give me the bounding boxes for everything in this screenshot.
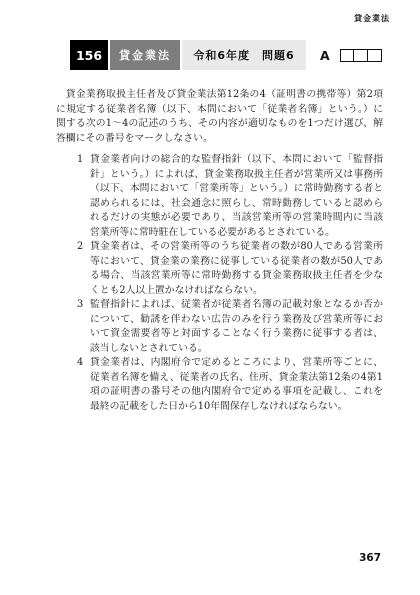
book-page: 貸金業法 156 貸金業法 令和6年度 問題6 A 貸金業務取扱主任者及び貸金業… (0, 0, 420, 595)
choice-number: 2 (77, 240, 90, 255)
choice-item-4: 4 貸金業者は、内閣府令で定めるところにより、営業所等ごとに、従業者名簿を備え、… (56, 356, 383, 414)
answer-check-row (340, 49, 382, 62)
choice-text: 貸金業者は、その営業所等のうち従業者の数が80人である営業所等において、貸金業の… (90, 240, 383, 298)
question-number-box: 156 (70, 40, 108, 70)
difficulty-grade: A (320, 48, 330, 63)
choice-number: 1 (77, 153, 90, 168)
choice-number: 4 (77, 356, 90, 371)
subject-box: 貸金業法 (110, 40, 180, 70)
page-number: 367 (359, 552, 381, 564)
choice-text: 貸金業者は、内閣府令で定めるところにより、営業所等ごとに、従業者名簿を備え、従業… (90, 356, 383, 414)
question-body: 貸金業務取扱主任者及び貸金業法第12条の4（証明書の携帯等）第2項に規定する従業… (56, 88, 383, 414)
answer-checkbox-3 (367, 49, 382, 62)
choice-text: 監督指針によれば、従業者が従業者名簿の記載対象となるか否かについて、勧誘を伴わな… (90, 298, 383, 356)
exam-title-box: 令和6年度 問題6 (182, 40, 306, 70)
choice-item-3: 3 監督指針によれば、従業者が従業者名簿の記載対象となるか否かについて、勧誘を伴… (56, 298, 383, 356)
question-intro: 貸金業務取扱主任者及び貸金業法第12条の4（証明書の携帯等）第2項に規定する従業… (56, 88, 383, 146)
choice-text: 貸金業者向けの総合的な監督指針（以下、本問において「監督指針」という。）によれば… (90, 153, 383, 240)
running-head: 貸金業法 (354, 13, 390, 24)
question-header-bar: 156 貸金業法 令和6年度 問題6 A (70, 40, 382, 70)
choice-item-2: 2 貸金業者は、その営業所等のうち従業者の数が80人である営業所等において、貸金… (56, 240, 383, 298)
choice-item-1: 1 貸金業者向けの総合的な監督指針（以下、本問において「監督指針」という。）によ… (56, 153, 383, 240)
choice-list: 1 貸金業者向けの総合的な監督指針（以下、本問において「監督指針」という。）によ… (56, 153, 383, 414)
choice-number: 3 (77, 298, 90, 313)
